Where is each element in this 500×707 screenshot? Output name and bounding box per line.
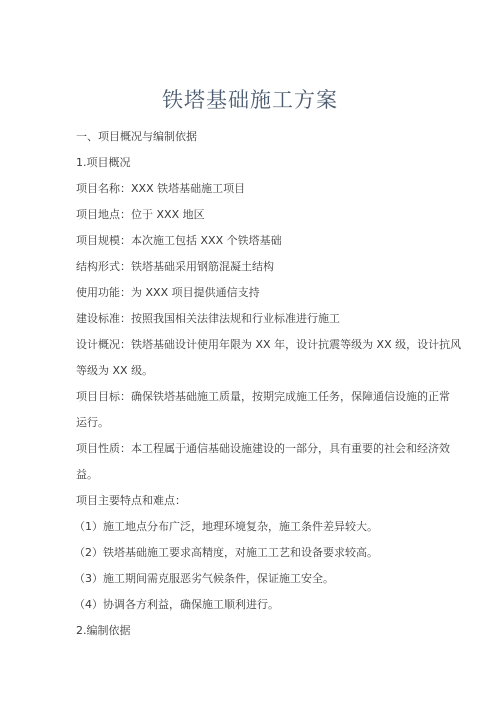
subsection-heading-project-overview: 1.项目概况 bbox=[76, 156, 131, 170]
project-nature-cont: 益。 bbox=[76, 468, 98, 482]
project-goal: 项目目标：确保铁塔基础施工质量，按期完成施工任务，保障通信设施的正常 bbox=[76, 390, 450, 404]
project-location: 项目地点：位于 XXX 地区 bbox=[76, 208, 205, 222]
design-overview-cont: 等级为 XX 级。 bbox=[76, 364, 153, 378]
project-nature: 项目性质：本工程属于通信基础设施建设的一部分，具有重要的社会和经济效 bbox=[76, 442, 450, 456]
construction-standard: 建设标准：按照我国相关法律法规和行业标准进行施工 bbox=[76, 312, 340, 326]
usage-function: 使用功能：为 XXX 项目提供通信支持 bbox=[76, 286, 260, 300]
feature-item-3: （3）施工期间需克服恶劣气候条件，保证施工安全。 bbox=[74, 572, 334, 586]
subsection-heading-basis: 2.编制依据 bbox=[76, 624, 131, 638]
section-heading-1: 一、项目概况与编制依据 bbox=[76, 130, 197, 144]
feature-item-4: （4）协调各方利益，确保施工顺利进行。 bbox=[74, 598, 279, 612]
document-title: 铁塔基础施工方案 bbox=[0, 84, 500, 114]
document-page: 铁塔基础施工方案 一、项目概况与编制依据 1.项目概况 项目名称：XXX 铁塔基… bbox=[0, 0, 500, 707]
design-overview: 设计概况：铁塔基础设计使用年限为 XX 年，设计抗震等级为 XX 级，设计抗风 bbox=[76, 338, 461, 352]
feature-item-1: （1）施工地点分布广泛，地理环境复杂，施工条件差异较大。 bbox=[74, 520, 378, 534]
structure-form: 结构形式：铁塔基础采用钢筋混凝土结构 bbox=[76, 260, 274, 274]
project-name: 项目名称：XXX 铁塔基础施工项目 bbox=[76, 182, 245, 196]
project-scale: 项目规模：本次施工包括 XXX 个铁塔基础 bbox=[76, 234, 282, 248]
feature-item-2: （2）铁塔基础施工要求高精度，对施工工艺和设备要求较高。 bbox=[74, 546, 378, 560]
features-heading: 项目主要特点和难点： bbox=[76, 494, 186, 508]
project-goal-cont: 运行。 bbox=[76, 416, 109, 430]
